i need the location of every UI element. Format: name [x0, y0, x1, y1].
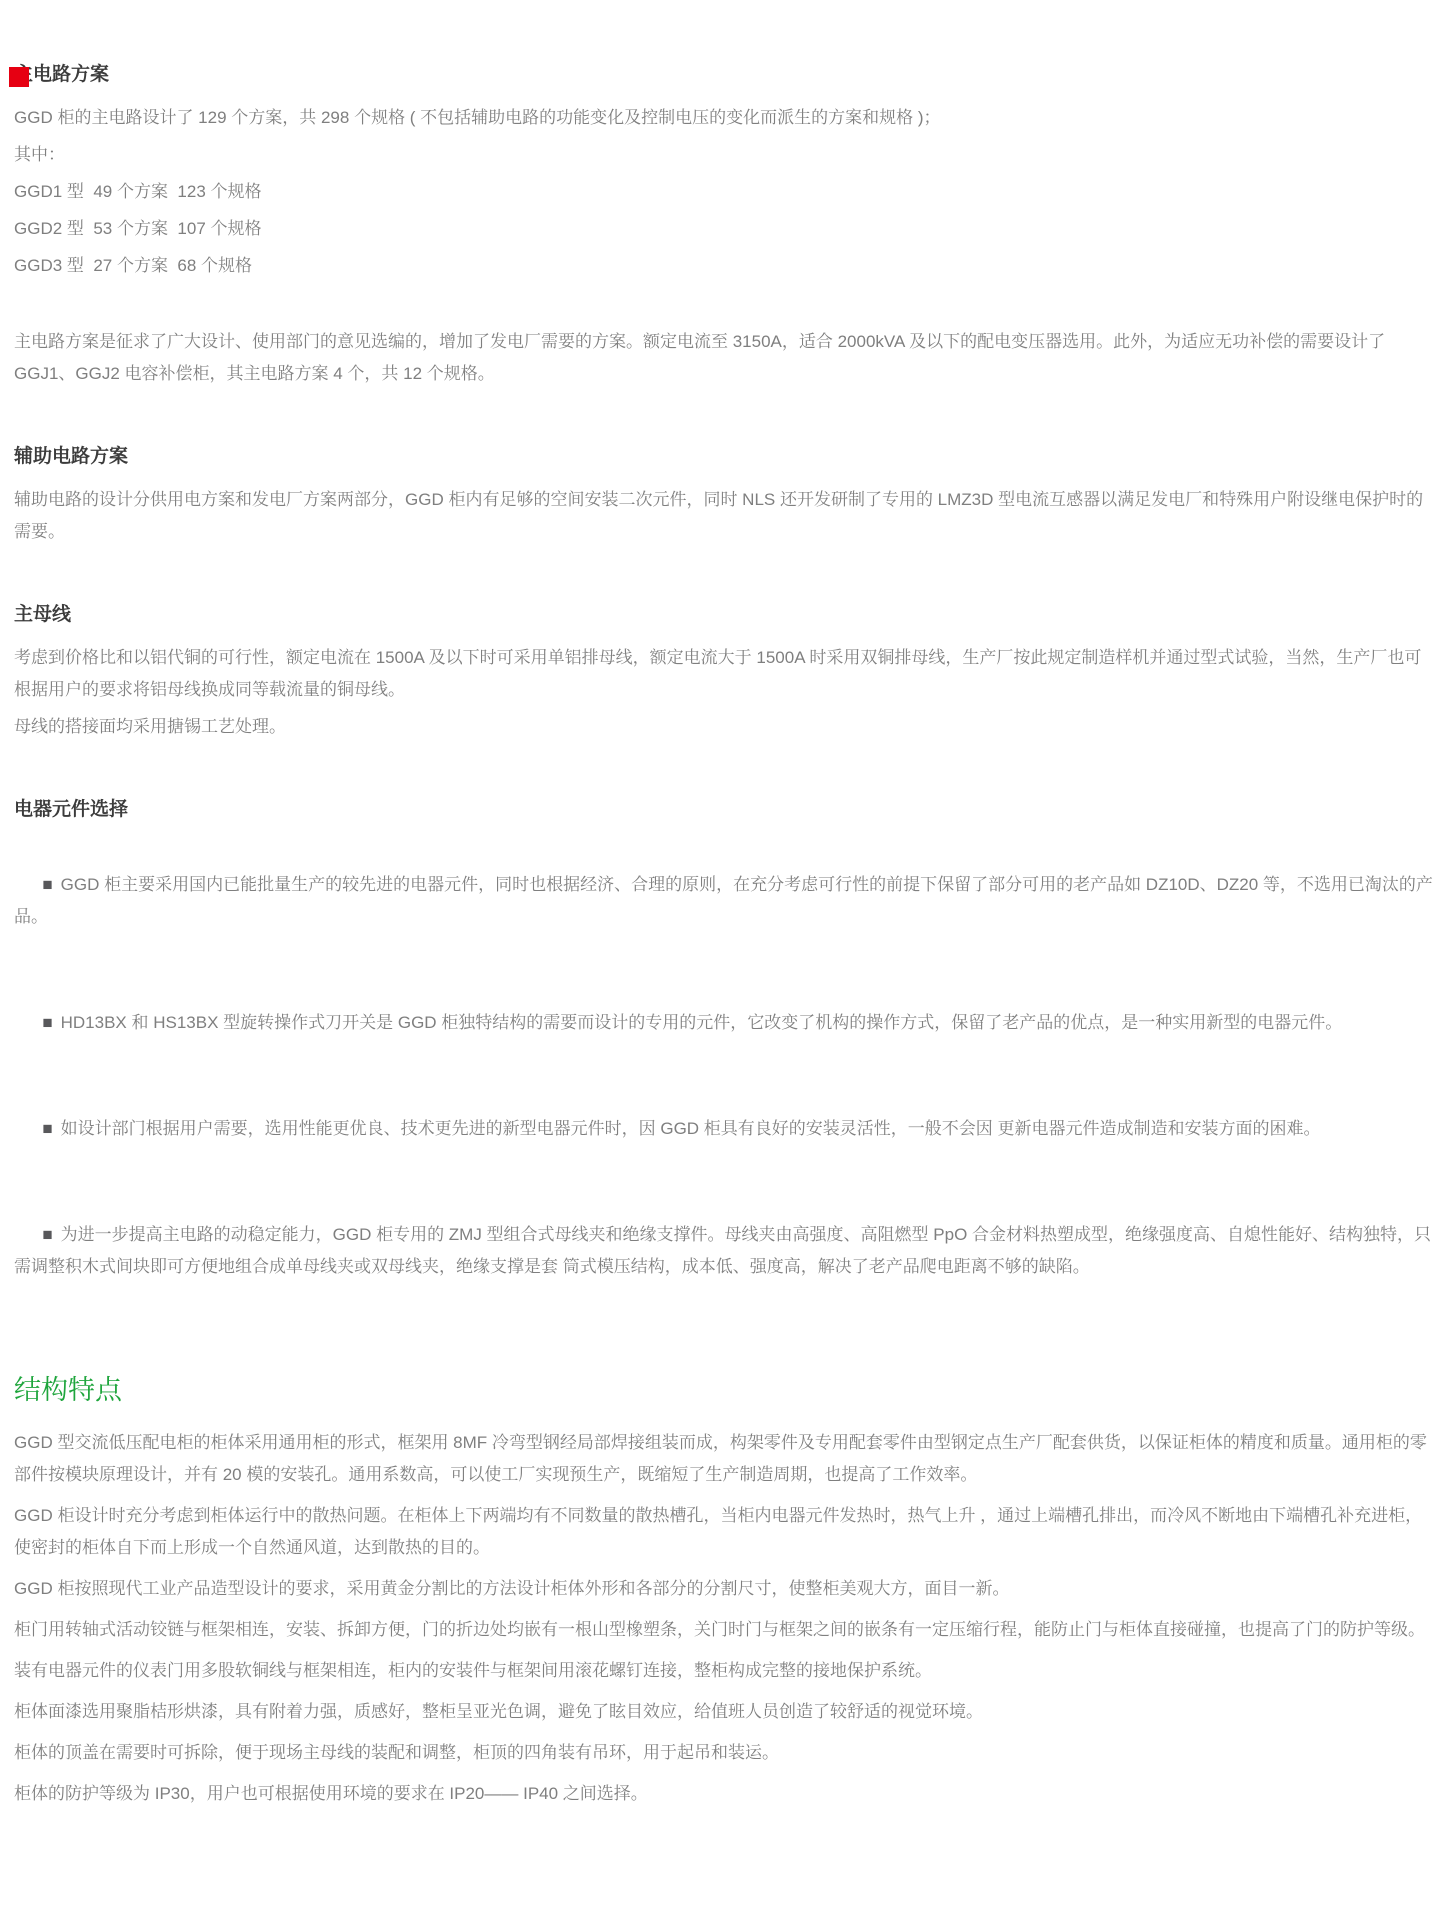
bullet-item: ■HD13BX 和 HS13BX 型旋转操作式刀开关是 GGD 柜独特结构的需要…	[14, 975, 1438, 1071]
bullet-item: ■为进一步提高主电路的动稳定能力，GGD 柜专用的 ZMJ 型组合式母线夹和绝缘…	[14, 1187, 1438, 1315]
section-auxiliary-circuit: 辅助电路方案 辅助电路的设计分供用电方案和发电厂方案两部分，GGD 柜内有足够的…	[14, 442, 1438, 548]
paragraph: 母线的搭接面均采用搪锡工艺处理。	[14, 711, 1438, 743]
bullet-text: HD13BX 和 HS13BX 型旋转操作式刀开关是 GGD 柜独特结构的需要而…	[61, 1013, 1343, 1032]
bullet-text: 为进一步提高主电路的动稳定能力，GGD 柜专用的 ZMJ 型组合式母线夹和绝缘支…	[14, 1225, 1431, 1276]
paragraph: 柜体的顶盖在需要时可拆除，便于现场主母线的装配和调整，柜顶的四角装有吊环，用于起…	[14, 1737, 1438, 1769]
spec-line-ggd2: GGD2 型 53 个方案 107 个规格	[14, 213, 1438, 245]
spec-line-ggd1: GGD1 型 49 个方案 123 个规格	[14, 176, 1438, 208]
bullet-text: GGD 柜主要采用国内已能批量生产的较先进的电器元件，同时也根据经济、合理的原则…	[14, 875, 1433, 926]
section-title-auxiliary-circuit: 辅助电路方案	[14, 442, 1438, 472]
section-title-main-busbar: 主母线	[14, 600, 1438, 630]
paragraph: GGD 型交流低压配电柜的柜体采用通用柜的形式，框架用 8MF 冷弯型钢经局部焊…	[14, 1427, 1438, 1491]
spec-line-ggd3: GGD3 型 27 个方案 68 个规格	[14, 250, 1438, 282]
section-title-main-circuit: 主电路方案	[14, 60, 1438, 90]
paragraph: 柜门用转轴式活动铰链与框架相连，安装、拆卸方便，门的折边处均嵌有一根山型橡塑条，…	[14, 1614, 1438, 1646]
section-main-circuit: 主电路方案 GGD 柜的主电路设计了 129 个方案，共 298 个规格 ( 不…	[14, 60, 1438, 390]
bullet-item: ■GGD 柜主要采用国内已能批量生产的较先进的电器元件，同时也根据经济、合理的原…	[14, 837, 1438, 965]
square-bullet-icon: ■	[42, 1013, 52, 1032]
section-title-component-selection: 电器元件选择	[14, 795, 1438, 825]
bullet-item: ■如设计部门根据用户需要，选用性能更优良、技术更先进的新型电器元件时，因 GGD…	[14, 1081, 1438, 1177]
section-component-selection: 电器元件选择 ■GGD 柜主要采用国内已能批量生产的较先进的电器元件，同时也根据…	[14, 795, 1438, 1315]
bullet-text: 如设计部门根据用户需要，选用性能更优良、技术更先进的新型电器元件时，因 GGD …	[61, 1119, 1321, 1138]
paragraph: 辅助电路的设计分供用电方案和发电厂方案两部分，GGD 柜内有足够的空间安装二次元…	[14, 484, 1438, 548]
paragraph: GGD 柜按照现代工业产品造型设计的要求，采用黄金分割比的方法设计柜体外形和各部…	[14, 1573, 1438, 1605]
paragraph: 柜体面漆选用聚脂桔形烘漆，具有附着力强，质感好，整柜呈亚光色调，避免了眩目效应，…	[14, 1696, 1438, 1728]
document-page: 主电路方案 GGD 柜的主电路设计了 129 个方案，共 298 个规格 ( 不…	[0, 60, 1456, 1889]
red-square-icon	[9, 67, 29, 87]
feature-section-title: 结构特点	[14, 1373, 1438, 1407]
square-bullet-icon: ■	[42, 1119, 52, 1138]
paragraph: 考虑到价格比和以铝代铜的可行性，额定电流在 1500A 及以下时可采用单铝排母线…	[14, 642, 1438, 706]
paragraph: GGD 柜的主电路设计了 129 个方案，共 298 个规格 ( 不包括辅助电路…	[14, 102, 1438, 134]
section-structure-features: 结构特点 GGD 型交流低压配电柜的柜体采用通用柜的形式，框架用 8MF 冷弯型…	[14, 1373, 1438, 1810]
square-bullet-icon: ■	[42, 1225, 52, 1244]
paragraph: GGD 柜设计时充分考虑到柜体运行中的散热问题。在柜体上下两端均有不同数量的散热…	[14, 1500, 1438, 1564]
paragraph: 其中：	[14, 139, 1438, 171]
section-main-busbar: 主母线 考虑到价格比和以铝代铜的可行性，额定电流在 1500A 及以下时可采用单…	[14, 600, 1438, 743]
paragraph: 主电路方案是征求了广大设计、使用部门的意见选编的，增加了发电厂需要的方案。额定电…	[14, 326, 1438, 390]
square-bullet-icon: ■	[42, 875, 52, 894]
paragraph: 柜体的防护等级为 IP30，用户也可根据使用环境的要求在 IP20—— IP40…	[14, 1778, 1438, 1810]
paragraph: 装有电器元件的仪表门用多股软铜线与框架相连，柜内的安装件与框架间用滚花螺钉连接，…	[14, 1655, 1438, 1687]
